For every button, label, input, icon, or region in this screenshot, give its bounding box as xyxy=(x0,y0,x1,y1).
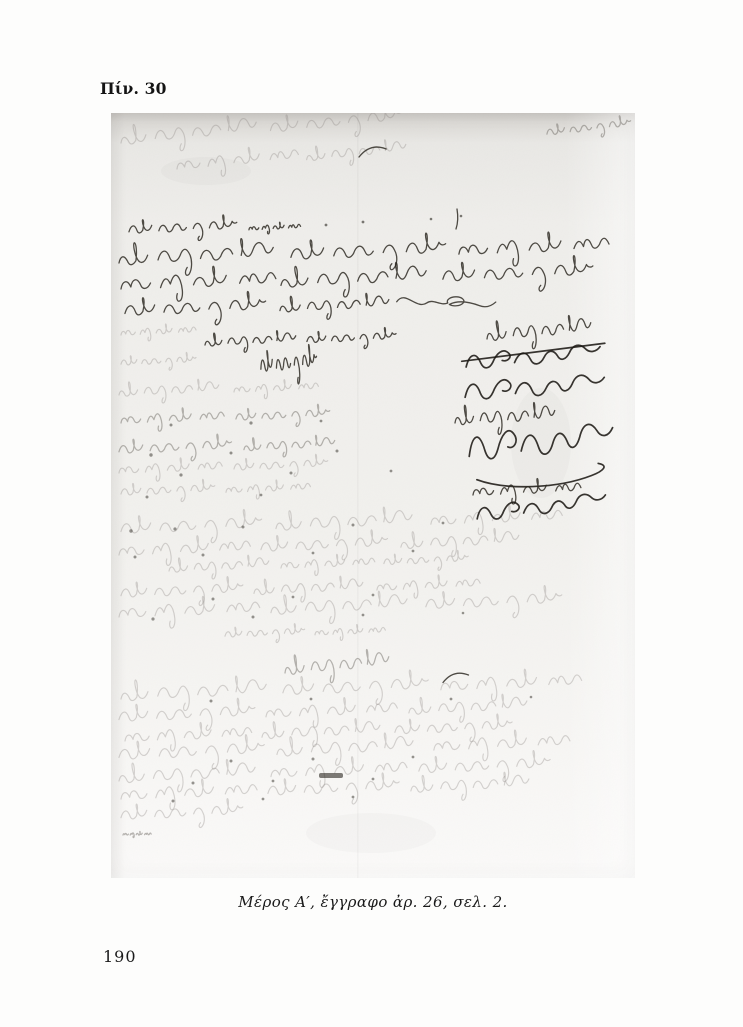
manuscript-kind: Scanned handwritten Greek document in cu… xyxy=(111,878,112,879)
page-number: 190 xyxy=(103,947,137,966)
manuscript-transcription: Scanned handwritten Greek document in cu… xyxy=(111,878,112,879)
book-page: Πίν. 30 xyxy=(0,0,743,1027)
paper-texture xyxy=(111,113,635,878)
manuscript-scan-art xyxy=(111,113,635,878)
plate-label: Πίν. 30 xyxy=(100,79,167,98)
plate-caption: Μέρος Α′, ἔγγραφο ἀρ. 26, σελ. 2. xyxy=(111,893,635,911)
manuscript-scan: Scanned handwritten Greek document in cu… xyxy=(111,113,635,878)
paper-fold-line xyxy=(357,113,359,878)
